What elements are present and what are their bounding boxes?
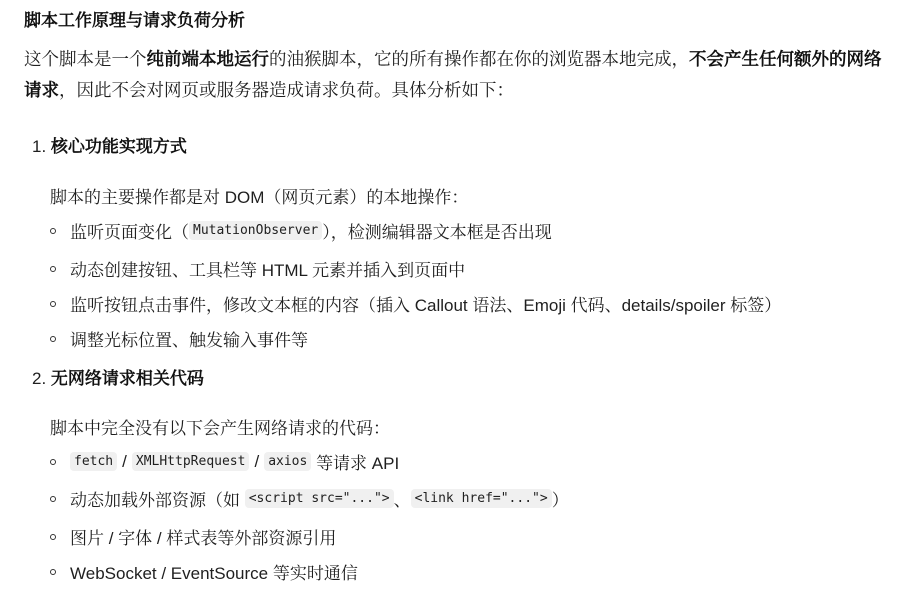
- section-number: 2.: [32, 369, 46, 388]
- bullet-icon: [50, 336, 56, 342]
- inline-code: <script src="...">: [245, 489, 394, 508]
- bullet-icon: [50, 496, 56, 502]
- item-text: WebSocket / EventSource 等实时通信: [70, 559, 358, 584]
- inline-code: MutationObserver: [189, 221, 322, 240]
- section-desc-1: 脚本的主要操作都是对 DOM（网页元素）的本地操作：: [50, 183, 468, 208]
- section-desc-2: 脚本中完全没有以下会产生网络请求的代码：: [50, 414, 390, 439]
- intro-bold-1: 纯前端本地运行: [147, 49, 270, 69]
- intro-text: 的油猴脚本，它的所有操作都在你的浏览器本地完成，: [269, 49, 689, 69]
- item-text: 调整光标位置、触发输入事件等: [70, 326, 308, 351]
- list-item: 监听按钮点击事件，修改文本框的内容（插入 Callout 语法、Emoji 代码…: [50, 291, 781, 316]
- inline-code: axios: [264, 452, 311, 471]
- list-item: WebSocket / EventSource 等实时通信: [50, 559, 358, 584]
- list-item: 动态加载外部资源（如 <script src="...">、<link href…: [50, 486, 569, 511]
- section-title: 无网络请求相关代码: [51, 369, 204, 388]
- section-heading-1: 1. 核心功能实现方式: [32, 132, 187, 157]
- list-item: 图片 / 字体 / 样式表等外部资源引用: [50, 524, 336, 549]
- list-item: 动态创建按钮、工具栏等 HTML 元素并插入到页面中: [50, 256, 465, 281]
- list-item: fetch/XMLHttpRequest/axios 等请求 API: [50, 449, 399, 474]
- item-text: 图片 / 字体 / 样式表等外部资源引用: [70, 524, 336, 549]
- item-text: 等请求 API: [316, 449, 399, 474]
- bullet-icon: [50, 569, 56, 575]
- page-title: 脚本工作原理与请求负荷分析: [24, 6, 245, 31]
- intro-paragraph: 这个脚本是一个纯前端本地运行的油猴脚本，它的所有操作都在你的浏览器本地完成，不会…: [24, 44, 896, 106]
- bullet-icon: [50, 459, 56, 465]
- item-text: ）: [552, 486, 569, 511]
- list-item: 调整光标位置、触发输入事件等: [50, 326, 308, 351]
- item-text: 监听按钮点击事件，修改文本框的内容（插入 Callout 语法、Emoji 代码…: [70, 291, 781, 316]
- separator: /: [254, 452, 259, 472]
- list-item: 监听页面变化（MutationObserver），检测编辑器文本框是否出现: [50, 218, 552, 243]
- item-text: 监听页面变化（: [70, 218, 189, 243]
- bullet-icon: [50, 266, 56, 272]
- section-heading-2: 2. 无网络请求相关代码: [32, 364, 204, 389]
- intro-text: 这个脚本是一个: [24, 49, 147, 69]
- item-text: ），检测编辑器文本框是否出现: [322, 218, 552, 243]
- inline-code: XMLHttpRequest: [132, 452, 250, 471]
- intro-text: ，因此不会对网页或服务器造成请求负荷。具体分析如下：: [59, 80, 514, 100]
- item-text: 动态创建按钮、工具栏等 HTML 元素并插入到页面中: [70, 256, 465, 281]
- inline-code: <link href="...">: [411, 489, 552, 508]
- bullet-icon: [50, 534, 56, 540]
- section-number: 1.: [32, 137, 46, 156]
- separator: /: [122, 452, 127, 472]
- inline-code: fetch: [70, 452, 117, 471]
- item-text: 、: [394, 486, 411, 511]
- bullet-icon: [50, 301, 56, 307]
- section-title: 核心功能实现方式: [51, 137, 187, 156]
- item-text: 动态加载外部资源（如: [70, 486, 240, 511]
- bullet-icon: [50, 228, 56, 234]
